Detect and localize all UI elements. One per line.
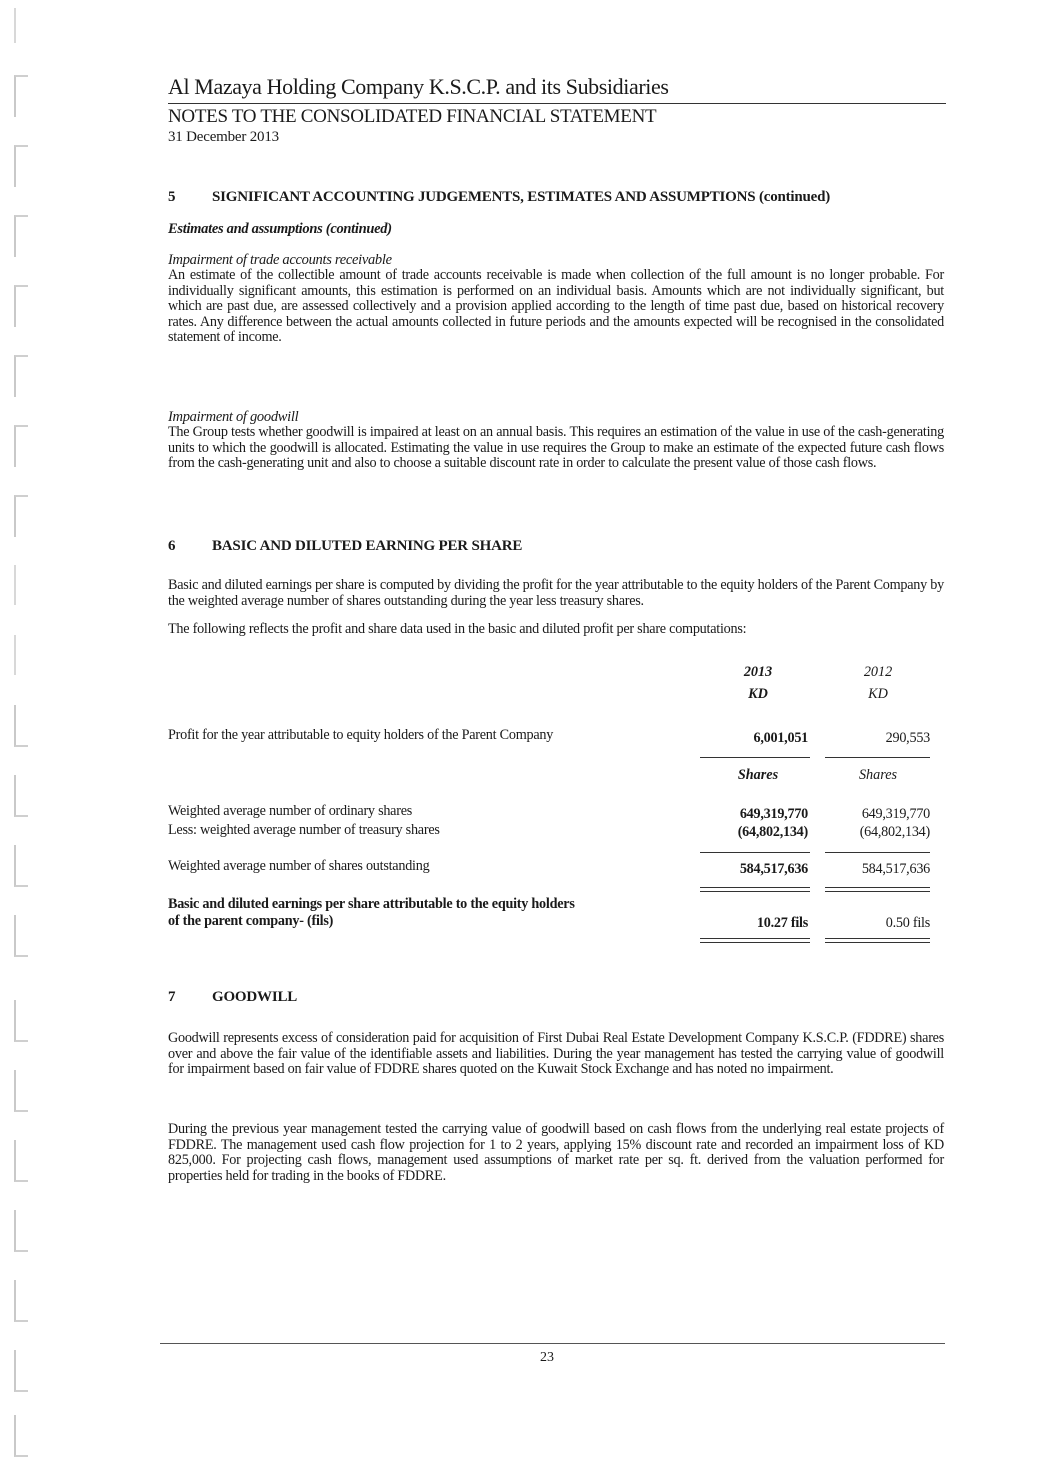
section-6-heading: 6BASIC AND DILUTED EARNING PER SHARE — [168, 538, 522, 555]
binding-mark — [14, 845, 28, 887]
subtotal-rule — [700, 757, 810, 758]
eps-2012: 0.50 fils — [810, 915, 930, 932]
footer-rule — [160, 1343, 945, 1344]
eps-2013: 10.27 fils — [688, 915, 808, 932]
company-name: Al Mazaya Holding Company K.S.C.P. and i… — [168, 74, 668, 100]
subtotal-rule — [825, 852, 930, 853]
binding-mark — [14, 1140, 28, 1182]
section-5-subheading: Estimates and assumptions (continued) — [168, 221, 392, 238]
binding-mark — [14, 775, 28, 817]
ordinary-shares-2012: 649,319,770 — [810, 806, 930, 823]
binding-mark — [14, 915, 28, 957]
row-label-shares-outstanding: Weighted average number of shares outsta… — [168, 858, 429, 875]
subtotal-rule — [825, 757, 930, 758]
row-label-ordinary-shares: Weighted average number of ordinary shar… — [168, 803, 412, 820]
total-double-rule — [825, 887, 930, 892]
goodwill-paragraph-2: During the previous year management test… — [168, 1122, 944, 1184]
treasury-shares-2012: (64,802,134) — [810, 824, 930, 841]
page-number: 23 — [540, 1350, 554, 1366]
row-label-eps-line2: of the parent company- (fils) — [168, 913, 333, 930]
binding-mark — [14, 355, 28, 397]
binding-mark — [14, 1415, 28, 1457]
section-title: GOODWILL — [212, 989, 297, 1005]
col-unit2-2012: Shares — [833, 767, 923, 784]
statement-date: 31 December 2013 — [168, 129, 279, 146]
row-label-eps-line1: Basic and diluted earnings per share att… — [168, 896, 575, 913]
goodwill-paragraph-1: Goodwill represents excess of considerat… — [168, 1031, 944, 1078]
binding-mark — [14, 215, 28, 257]
binding-mark — [14, 1280, 28, 1322]
section-5-heading: 5SIGNIFICANT ACCOUNTING JUDGEMENTS, ESTI… — [168, 189, 830, 206]
binding-mark — [14, 1000, 28, 1042]
col-year-2012: 2012 — [833, 664, 923, 681]
binding-mark — [14, 635, 28, 675]
binding-mark — [14, 8, 28, 43]
col-year-2013: 2013 — [713, 664, 803, 681]
binding-mark — [14, 285, 28, 327]
goodwill-impairment-paragraph: The Group tests whether goodwill is impa… — [168, 425, 944, 472]
shares-outstanding-2013: 584,517,636 — [688, 861, 808, 878]
row-label-treasury-shares: Less: weighted average number of treasur… — [168, 822, 440, 839]
shares-outstanding-2012: 584,517,636 — [810, 861, 930, 878]
binding-mark — [14, 495, 28, 537]
header-rule — [168, 103, 946, 104]
section-number: 5 — [168, 189, 212, 206]
trade-receivable-paragraph: An estimate of the collectible amount of… — [168, 268, 944, 346]
binding-mark — [14, 1350, 28, 1392]
col-unit-2013: KD — [713, 686, 803, 703]
total-double-rule — [825, 938, 930, 943]
binding-mark — [14, 425, 28, 467]
profit-2012: 290,553 — [810, 730, 930, 747]
total-double-rule — [700, 938, 810, 943]
profit-2013: 6,001,051 — [688, 730, 808, 747]
binding-mark — [14, 1070, 28, 1112]
subtotal-rule — [700, 852, 810, 853]
section-title: SIGNIFICANT ACCOUNTING JUDGEMENTS, ESTIM… — [212, 189, 830, 205]
binding-mark — [14, 1210, 28, 1252]
eps-description: Basic and diluted earnings per share is … — [168, 578, 944, 609]
treasury-shares-2013: (64,802,134) — [688, 824, 808, 841]
total-double-rule — [700, 887, 810, 892]
binding-mark — [14, 705, 28, 747]
col-unit2-2013: Shares — [713, 767, 803, 784]
binding-mark — [14, 145, 28, 187]
binding-mark — [14, 565, 28, 605]
col-unit-2012: KD — [833, 686, 923, 703]
section-number: 6 — [168, 538, 212, 555]
section-title: BASIC AND DILUTED EARNING PER SHARE — [212, 538, 522, 554]
section-number: 7 — [168, 989, 212, 1006]
row-label-profit: Profit for the year attributable to equi… — [168, 727, 553, 744]
binding-mark — [14, 75, 28, 117]
ordinary-shares-2013: 649,319,770 — [688, 806, 808, 823]
eps-intro: The following reflects the profit and sh… — [168, 622, 944, 638]
document-title: NOTES TO THE CONSOLIDATED FINANCIAL STAT… — [168, 106, 656, 128]
section-7-heading: 7GOODWILL — [168, 989, 297, 1006]
